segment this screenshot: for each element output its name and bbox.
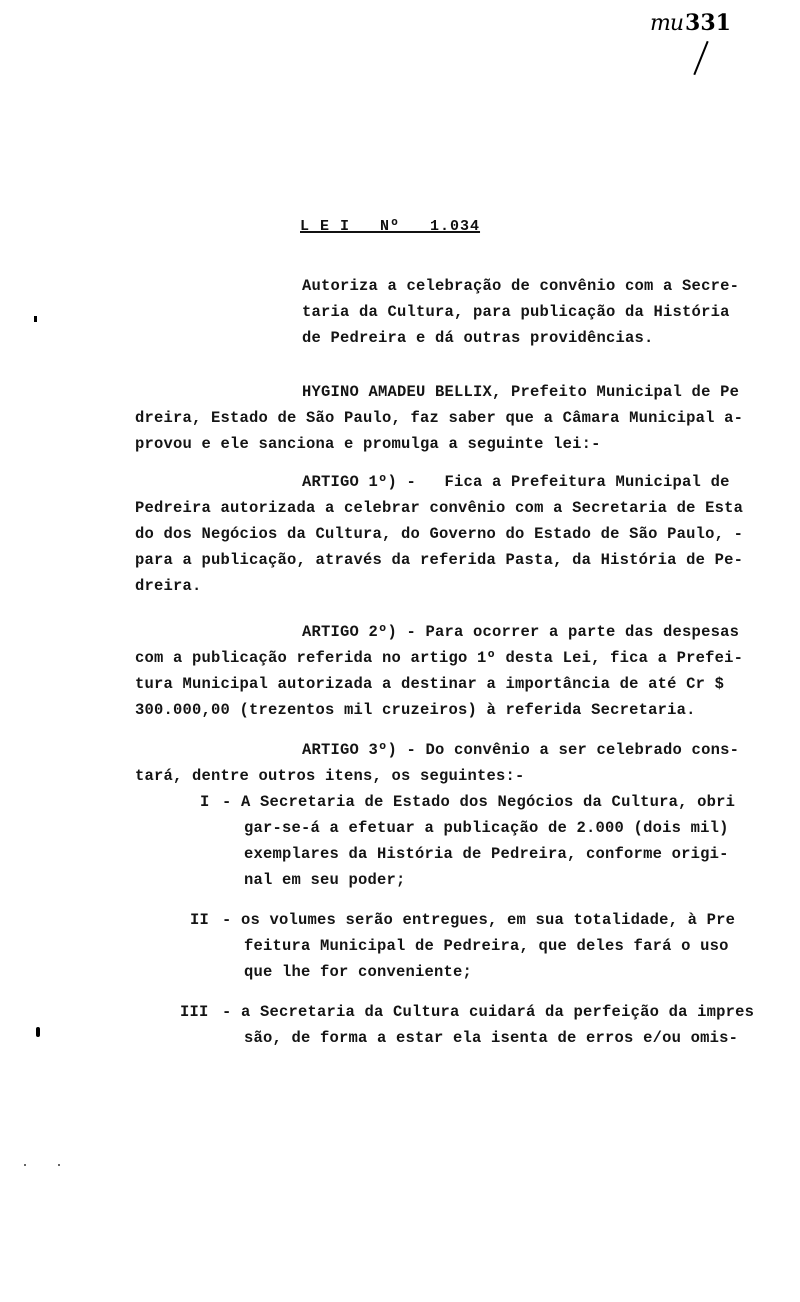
article-line: do dos Negócios da Cultura, do Governo d… xyxy=(135,524,743,544)
item-line: são, de forma a estar ela isenta de erro… xyxy=(244,1028,738,1048)
article-line: com a publicação referida no artigo 1º d… xyxy=(135,648,743,668)
item-line: gar-se-á a efetuar a publicação de 2.000… xyxy=(244,818,729,838)
signature-stroke-icon xyxy=(693,41,708,75)
article-line: Pedreira autorizada a celebrar convênio … xyxy=(135,498,743,518)
handwritten-signature: mu xyxy=(650,11,683,36)
item-line: que lhe for conveniente; xyxy=(244,962,472,982)
item-numeral: III xyxy=(180,1002,209,1022)
margin-mark-icon xyxy=(34,316,37,322)
item-line: - os volumes serão entregues, em sua tot… xyxy=(222,910,735,930)
item-line: exemplares da História de Pedreira, conf… xyxy=(244,844,729,864)
item-numeral: I xyxy=(200,792,210,812)
article-line: ARTIGO 3º) - Do convênio a ser celebrado… xyxy=(302,740,739,760)
page-number-value: 331 xyxy=(685,10,731,36)
preamble-line: provou e ele sanciona e promulga a segui… xyxy=(135,434,601,454)
scan-speck-icon xyxy=(58,1164,60,1166)
article-line: 300.000,00 (trezentos mil cruzeiros) à r… xyxy=(135,700,696,720)
item-line: - a Secretaria da Cultura cuidará da per… xyxy=(222,1002,754,1022)
scan-speck-icon xyxy=(24,1164,26,1166)
preamble-line: HYGINO AMADEU BELLIX, Prefeito Municipal… xyxy=(302,382,739,402)
item-line: nal em seu poder; xyxy=(244,870,406,890)
margin-mark-icon xyxy=(36,1027,40,1037)
item-line: feitura Municipal de Pedreira, que deles… xyxy=(244,936,729,956)
summary-line: de Pedreira e dá outras providências. xyxy=(302,328,654,348)
article-line: ARTIGO 1º) - Fica a Prefeitura Municipal… xyxy=(302,472,730,492)
item-numeral: II xyxy=(190,910,209,930)
article-line: dreira. xyxy=(135,576,202,596)
article-line: para a publicação, através da referida P… xyxy=(135,550,743,570)
article-line: tará, dentre outros itens, os seguintes:… xyxy=(135,766,525,786)
article-line: ARTIGO 2º) - Para ocorrer a parte das de… xyxy=(302,622,739,642)
article-line: tura Municipal autorizada a destinar a i… xyxy=(135,674,724,694)
law-title: L E I Nº 1.034 xyxy=(300,218,480,235)
item-line: - A Secretaria de Estado dos Negócios da… xyxy=(222,792,735,812)
summary-line: Autoriza a celebração de convênio com a … xyxy=(302,276,739,296)
summary-line: taria da Cultura, para publicação da His… xyxy=(302,302,730,322)
preamble-line: dreira, Estado de São Paulo, faz saber q… xyxy=(135,408,743,428)
page-number: mu331 xyxy=(650,10,731,36)
